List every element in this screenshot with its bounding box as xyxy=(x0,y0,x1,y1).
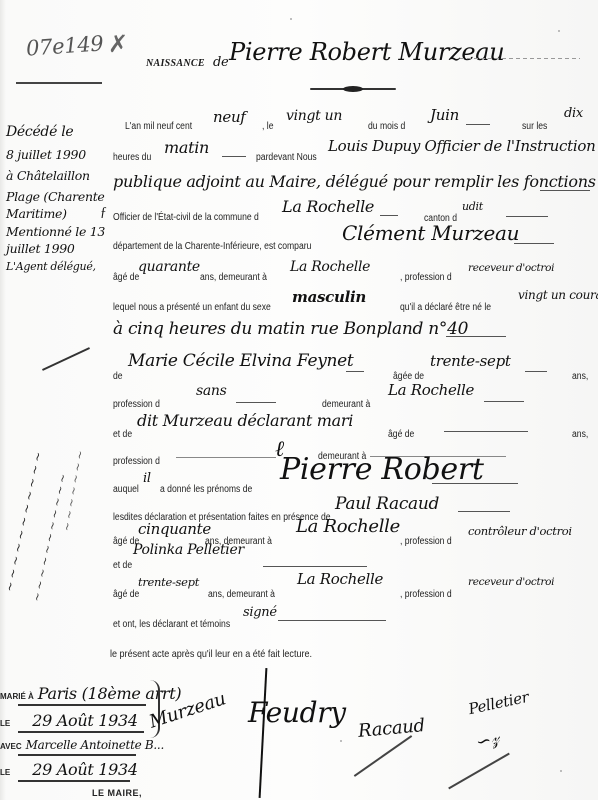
hand-officer-role: publique adjoint au Maire, délégué pour … xyxy=(113,172,596,191)
body-line: , profession d xyxy=(400,267,460,285)
hand-father: dit Murzeau déclarant mari xyxy=(137,411,353,430)
print-text: auquel xyxy=(113,484,139,495)
hand-officer: Louis Dupuy Officier de l'Instruction xyxy=(328,137,595,155)
hand-time-of-day: matin xyxy=(164,138,209,157)
body-line: profession d xyxy=(113,451,167,469)
body-line: auquel xyxy=(113,479,143,497)
mention-label: LE xyxy=(0,719,10,728)
hand-profession: receveur d'octroi xyxy=(468,262,554,274)
print-text: a donné les prénoms de xyxy=(160,484,252,495)
hand-witness-2-age: trente-sept xyxy=(138,575,199,589)
margin-note-line: Maritime) xyxy=(6,205,106,223)
body-line: et de xyxy=(113,555,135,573)
hand-pronoun: il xyxy=(143,471,151,486)
body-line: ans, demeurant à xyxy=(208,584,286,602)
print-text: âgé de xyxy=(113,272,139,283)
print-text: ans, demeurant à xyxy=(200,272,267,283)
hand-mother-name: Marie Cécile Elvina Feynet xyxy=(128,351,353,371)
print-text: et de xyxy=(113,429,132,440)
margin-note-line: Mentionné le 13 xyxy=(6,223,106,241)
print-text: ans, xyxy=(572,429,588,440)
margin-death-note: Décédé le 8 juillet 1990 à Châtelaillon … xyxy=(6,124,106,275)
title-ornament xyxy=(310,87,396,91)
body-line: profession d xyxy=(113,394,167,412)
signature-2: Racaud xyxy=(357,715,425,742)
scanned-birth-certificate: 07e149 ✗ NAISSANCE de Pierre Robert Murz… xyxy=(0,0,598,800)
hand-witness-2-residence: La Rochelle xyxy=(297,570,383,588)
body-line: du mois d xyxy=(368,116,411,134)
mayor-stamp: LE MAIRE, xyxy=(92,788,142,798)
print-text: lequel nous a présenté un enfant du sexe xyxy=(113,302,271,313)
print-text: , profession d xyxy=(400,272,452,283)
print-text: et ont, les déclarant et témoins xyxy=(113,619,230,630)
body-line: , le xyxy=(262,116,275,134)
body-line: qu'il a déclaré être né le xyxy=(400,297,506,315)
mention-label: MARIÉ À xyxy=(0,692,34,701)
hand-mother-residence: La Rochelle xyxy=(388,381,474,399)
cross-mark-icon: ✗ xyxy=(108,30,128,58)
body-line: département de la Charente-Inférieure, e… xyxy=(113,236,344,254)
body-line: âgé de xyxy=(388,424,419,442)
print-text: du mois d xyxy=(368,121,405,132)
body-line: ans, xyxy=(572,366,591,384)
print-text: et de xyxy=(113,560,132,571)
print-text: âgé de xyxy=(388,429,414,440)
hand-witness-2-profession: receveur d'octroi xyxy=(468,576,554,588)
mention-value: 29 Août 1934 xyxy=(32,760,138,779)
print-text: demeurant à xyxy=(322,399,370,410)
hand-mother-age: trente-sept xyxy=(430,352,511,370)
print-text: sur les xyxy=(522,121,547,132)
print-text: profession d xyxy=(113,399,160,410)
hand-age: quarante xyxy=(138,259,200,275)
signature-1: Feudry xyxy=(248,696,346,729)
hand-month: Juin xyxy=(430,106,459,124)
mention-value: Marcelle Antoinette B... xyxy=(26,738,164,752)
reference-number: 07e149 xyxy=(25,31,104,60)
hand-witness-1: Paul Racaud xyxy=(335,494,439,514)
hand-year: neuf xyxy=(213,108,246,126)
body-line: sur les xyxy=(522,116,551,134)
mention-label: AVEC xyxy=(0,742,22,751)
hand-witness-2: Polinka Pelletier xyxy=(133,542,244,558)
signature-3-flourish: ∽𝓏 xyxy=(474,727,502,753)
print-text: pardevant Nous xyxy=(256,152,317,163)
hand-canton: udit xyxy=(462,200,483,213)
reference-underline xyxy=(16,82,102,84)
body-line: Officier de l'État-civil de la commune d xyxy=(113,207,283,225)
hand-signed: signé xyxy=(243,605,277,620)
hand-child-names: Pierre Robert xyxy=(280,452,484,487)
print-text: L'an mil neuf cent xyxy=(125,121,192,132)
title-label: NAISSANCE xyxy=(146,58,205,69)
margin-note-line: Décédé le xyxy=(6,124,106,142)
hand-sex: masculin xyxy=(292,288,366,306)
body-line: , profession d xyxy=(400,584,460,602)
title-dash-line xyxy=(460,58,580,59)
body-line: lequel nous a présenté un enfant du sexe xyxy=(113,297,296,315)
signature-stroke xyxy=(448,753,510,790)
print-text: de xyxy=(113,371,123,382)
hand-witness-1-age: cinquante xyxy=(138,520,211,538)
print-text: le présent acte après qu'il leur en a ét… xyxy=(110,648,312,660)
margin-flourish xyxy=(42,347,90,371)
title-de: de xyxy=(213,55,228,70)
body-line: et ont, les déclarant et témoins xyxy=(113,614,249,632)
margin-note-line: juillet 1990 xyxy=(6,240,106,258)
hand-birth-time-place: à cinq heures du matin rue Bonpland n°40 xyxy=(113,319,468,339)
mention-label: LE xyxy=(0,768,10,777)
hand-declarant: Clément Murzeau xyxy=(342,221,519,245)
print-text: , profession d xyxy=(400,589,452,600)
print-text: heures du xyxy=(113,152,151,163)
print-text: département de la Charente-Inférieure, e… xyxy=(113,241,311,252)
hand-residence: La Rochelle xyxy=(290,259,370,275)
body-line: a donné les prénoms de xyxy=(160,479,267,497)
margin-note-line: 8 juillet 1990 xyxy=(6,146,106,164)
print-text: Officier de l'État-civil de la commune d xyxy=(113,212,259,223)
print-text: profession d xyxy=(113,456,160,467)
body-line: pardevant Nous xyxy=(256,147,327,165)
body-line: de xyxy=(113,366,124,384)
mention-value: 29 Août 1934 xyxy=(32,711,138,730)
hand-witness-1-profession: contrôleur d'octroi xyxy=(468,524,572,538)
print-text: , profession d xyxy=(400,536,452,547)
margin-note-line: à Châtelaillon xyxy=(6,167,106,185)
hand-commune: La Rochelle xyxy=(282,197,374,216)
signature-3: Pelletier xyxy=(467,688,530,718)
body-line: ans, demeurant à xyxy=(200,267,278,285)
print-text: âgé de xyxy=(113,589,139,600)
signature-stroke xyxy=(259,668,268,798)
print-text: ans, demeurant à xyxy=(208,589,275,600)
body-line: demeurant à xyxy=(322,394,378,412)
hand-hour: dix xyxy=(564,106,583,121)
body-line-closing: le présent acte après qu'il leur en a ét… xyxy=(110,644,345,662)
margin-note-line: Plage (Charente xyxy=(6,188,106,206)
hand-birth-date: vingt un courant xyxy=(518,288,598,302)
hand-mother-profession: sans xyxy=(196,383,227,399)
body-line: , profession d xyxy=(400,531,460,549)
margin-note-line: L'Agent délégué, xyxy=(6,258,106,276)
body-line: et de xyxy=(113,424,135,442)
title-name: Pierre Robert Murzeau xyxy=(229,38,504,66)
print-text: qu'il a déclaré être né le xyxy=(400,302,491,313)
print-text: ans, xyxy=(572,371,588,382)
body-line: ans, xyxy=(572,424,591,442)
hand-day: vingt un xyxy=(286,108,342,124)
body-line: L'an mil neuf cent xyxy=(125,116,203,134)
body-line: heures du xyxy=(113,147,157,165)
print-text: , le xyxy=(262,121,273,132)
margin-mark: ƒ xyxy=(100,205,107,221)
hand-witness-1-residence: La Rochelle xyxy=(296,516,400,537)
